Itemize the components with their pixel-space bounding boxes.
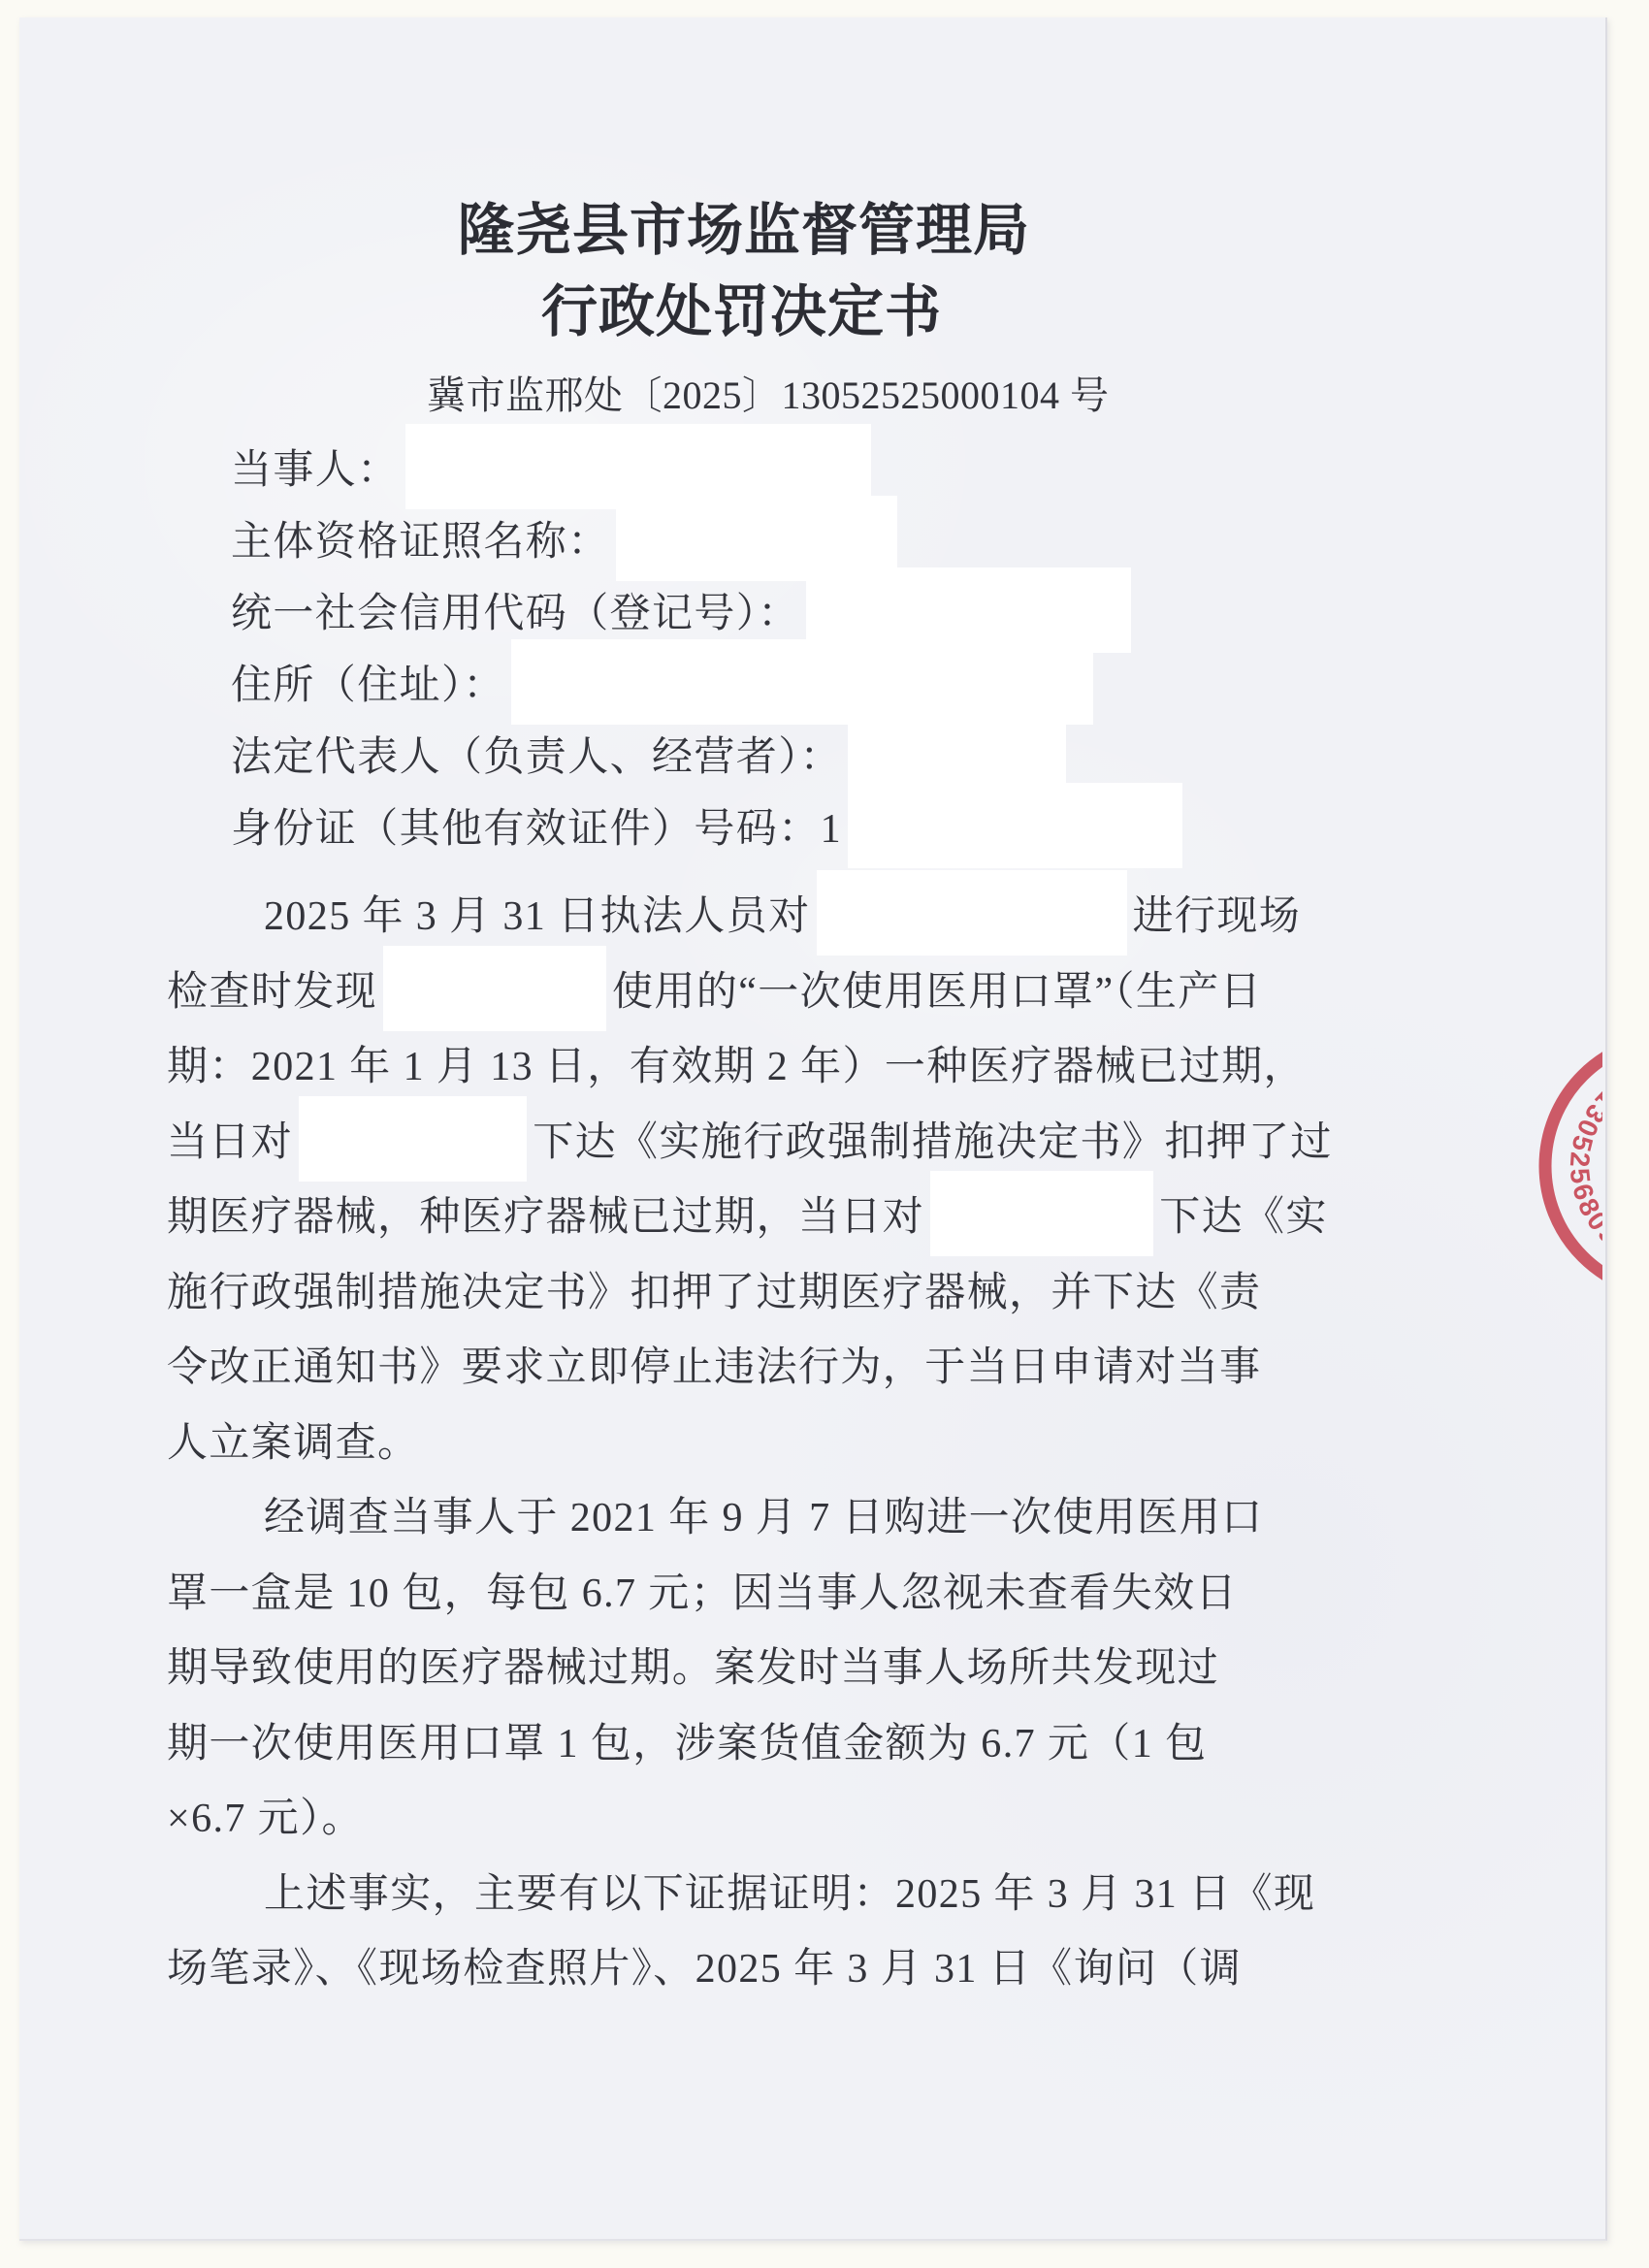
redaction-box [930, 1171, 1153, 1256]
document-line: 法定代表人（负责人、经营者）： [231, 722, 1072, 786]
document-type-title: 行政处罚决定书 [541, 266, 942, 347]
document-line: ×6.7 元）。 [167, 1783, 364, 1847]
document-line: 当事人： [231, 435, 877, 499]
line-text: 场笔录》、《现场检查照片》、2025 年 3 月 31 日《询问（调 [167, 1936, 1242, 1994]
document-line: 2025 年 3 月 31 日执法人员对进行现场 [167, 881, 1301, 945]
line-text: 检查时发现 [167, 959, 377, 1018]
redaction-box [817, 870, 1127, 956]
line-text: 身份证（其他有效证件）号码：1 [231, 796, 842, 855]
line-text: 期一次使用医用口罩 1 包，涉案货值金额为 6.7 元（1 包 [167, 1711, 1207, 1769]
document-line: 施行政强制措施决定书》扣押了过期医疗器械，并下达《责 [167, 1257, 1261, 1321]
line-text: 经调查当事人于 2021 年 9 月 7 日购进一次使用医用口 [264, 1485, 1263, 1543]
line-text: 下达《实施行政强制措施决定书》扣押了过 [533, 1110, 1333, 1168]
redaction-box [848, 783, 1182, 868]
line-text: 当事人： [231, 437, 400, 496]
document-number: 冀市监邢处〔2025〕13052525000104 号 [427, 365, 1110, 420]
line-text: 施行政强制措施决定书》扣押了过期医疗器械，并下达《责 [167, 1260, 1261, 1318]
line-text: 人立案调查。 [167, 1410, 419, 1469]
document-line: 当日对下达《实施行政强制措施决定书》扣押了过 [167, 1107, 1333, 1171]
document-line: 期导致使用的医疗器械过期。案发时当事人场所共发现过 [167, 1633, 1219, 1697]
line-text: 主体资格证照名称： [231, 509, 610, 567]
document-line: 主体资格证照名称： [231, 506, 903, 570]
line-text: 住所（住址）： [231, 653, 505, 711]
document-line: 经调查当事人于 2021 年 9 月 7 日购进一次使用医用口 [167, 1482, 1263, 1546]
line-text: 期医疗器械，种医疗器械已过期，当日对 [167, 1184, 924, 1243]
line-text: 令改正通知书》要求立即停止违法行为，于当日申请对当事 [167, 1335, 1261, 1393]
redaction-box [299, 1096, 527, 1182]
scan-background: 隆尧县市场监督管理局 行政处罚决定书 冀市监邢处〔2025〕1305252500… [0, 0, 1649, 2268]
document-line: 上述事实，主要有以下证据证明：2025 年 3 月 31 日《现 [167, 1859, 1315, 1923]
line-text: 罩一盒是 10 包，每包 6.7 元；因当事人忽视未查看失效日 [167, 1561, 1238, 1619]
document-line: 场笔录》、《现场检查照片》、2025 年 3 月 31 日《询问（调 [167, 1933, 1242, 1997]
line-text: 上述事实，主要有以下证据证明：2025 年 3 月 31 日《现 [264, 1862, 1315, 1920]
official-seal-fragment: 1305256809 [1499, 1009, 1602, 1329]
document-line: 人立案调查。 [167, 1408, 419, 1472]
document-line: 统一社会信用代码（登记号）： [231, 578, 1137, 642]
line-text: 统一社会信用代码（登记号）： [231, 581, 800, 639]
line-text: 法定代表人（负责人、经营者）： [231, 725, 842, 783]
redaction-box [383, 946, 606, 1031]
line-text: 期：2021 年 1 月 13 日，有效期 2 年）一种医疗器械已过期， [167, 1034, 1306, 1092]
line-text: 使用的“一次使用医用口罩”（生产日 [612, 959, 1262, 1018]
line-text: 期导致使用的医疗器械过期。案发时当事人场所共发现过 [167, 1636, 1219, 1694]
line-text: 2025 年 3 月 31 日执法人员对 [264, 884, 811, 942]
line-text: ×6.7 元）。 [167, 1786, 364, 1844]
document-line: 身份证（其他有效证件）号码：1 [231, 794, 1188, 858]
document-line: 期医疗器械，种医疗器械已过期，当日对下达《实 [167, 1182, 1328, 1246]
line-text: 下达《实 [1159, 1184, 1328, 1243]
document-line: 令改正通知书》要求立即停止违法行为，于当日申请对当事 [167, 1332, 1261, 1396]
line-text: 进行现场 [1133, 884, 1302, 942]
stamp-digit: 2 [1565, 1150, 1596, 1168]
document-line: 期一次使用医用口罩 1 包，涉案货值金额为 6.7 元（1 包 [167, 1708, 1207, 1772]
document-line: 罩一盒是 10 包，每包 6.7 元；因当事人忽视未查看失效日 [167, 1558, 1238, 1622]
line-text: 当日对 [167, 1110, 293, 1168]
document-line: 检查时发现使用的“一次使用医用口罩”（生产日 [167, 956, 1262, 1021]
document-line: 期：2021 年 1 月 13 日，有效期 2 年）一种医疗器械已过期， [167, 1031, 1306, 1095]
document-line: 住所（住址）： [231, 650, 1099, 714]
authority-title: 隆尧县市场监督管理局 [458, 184, 1030, 266]
